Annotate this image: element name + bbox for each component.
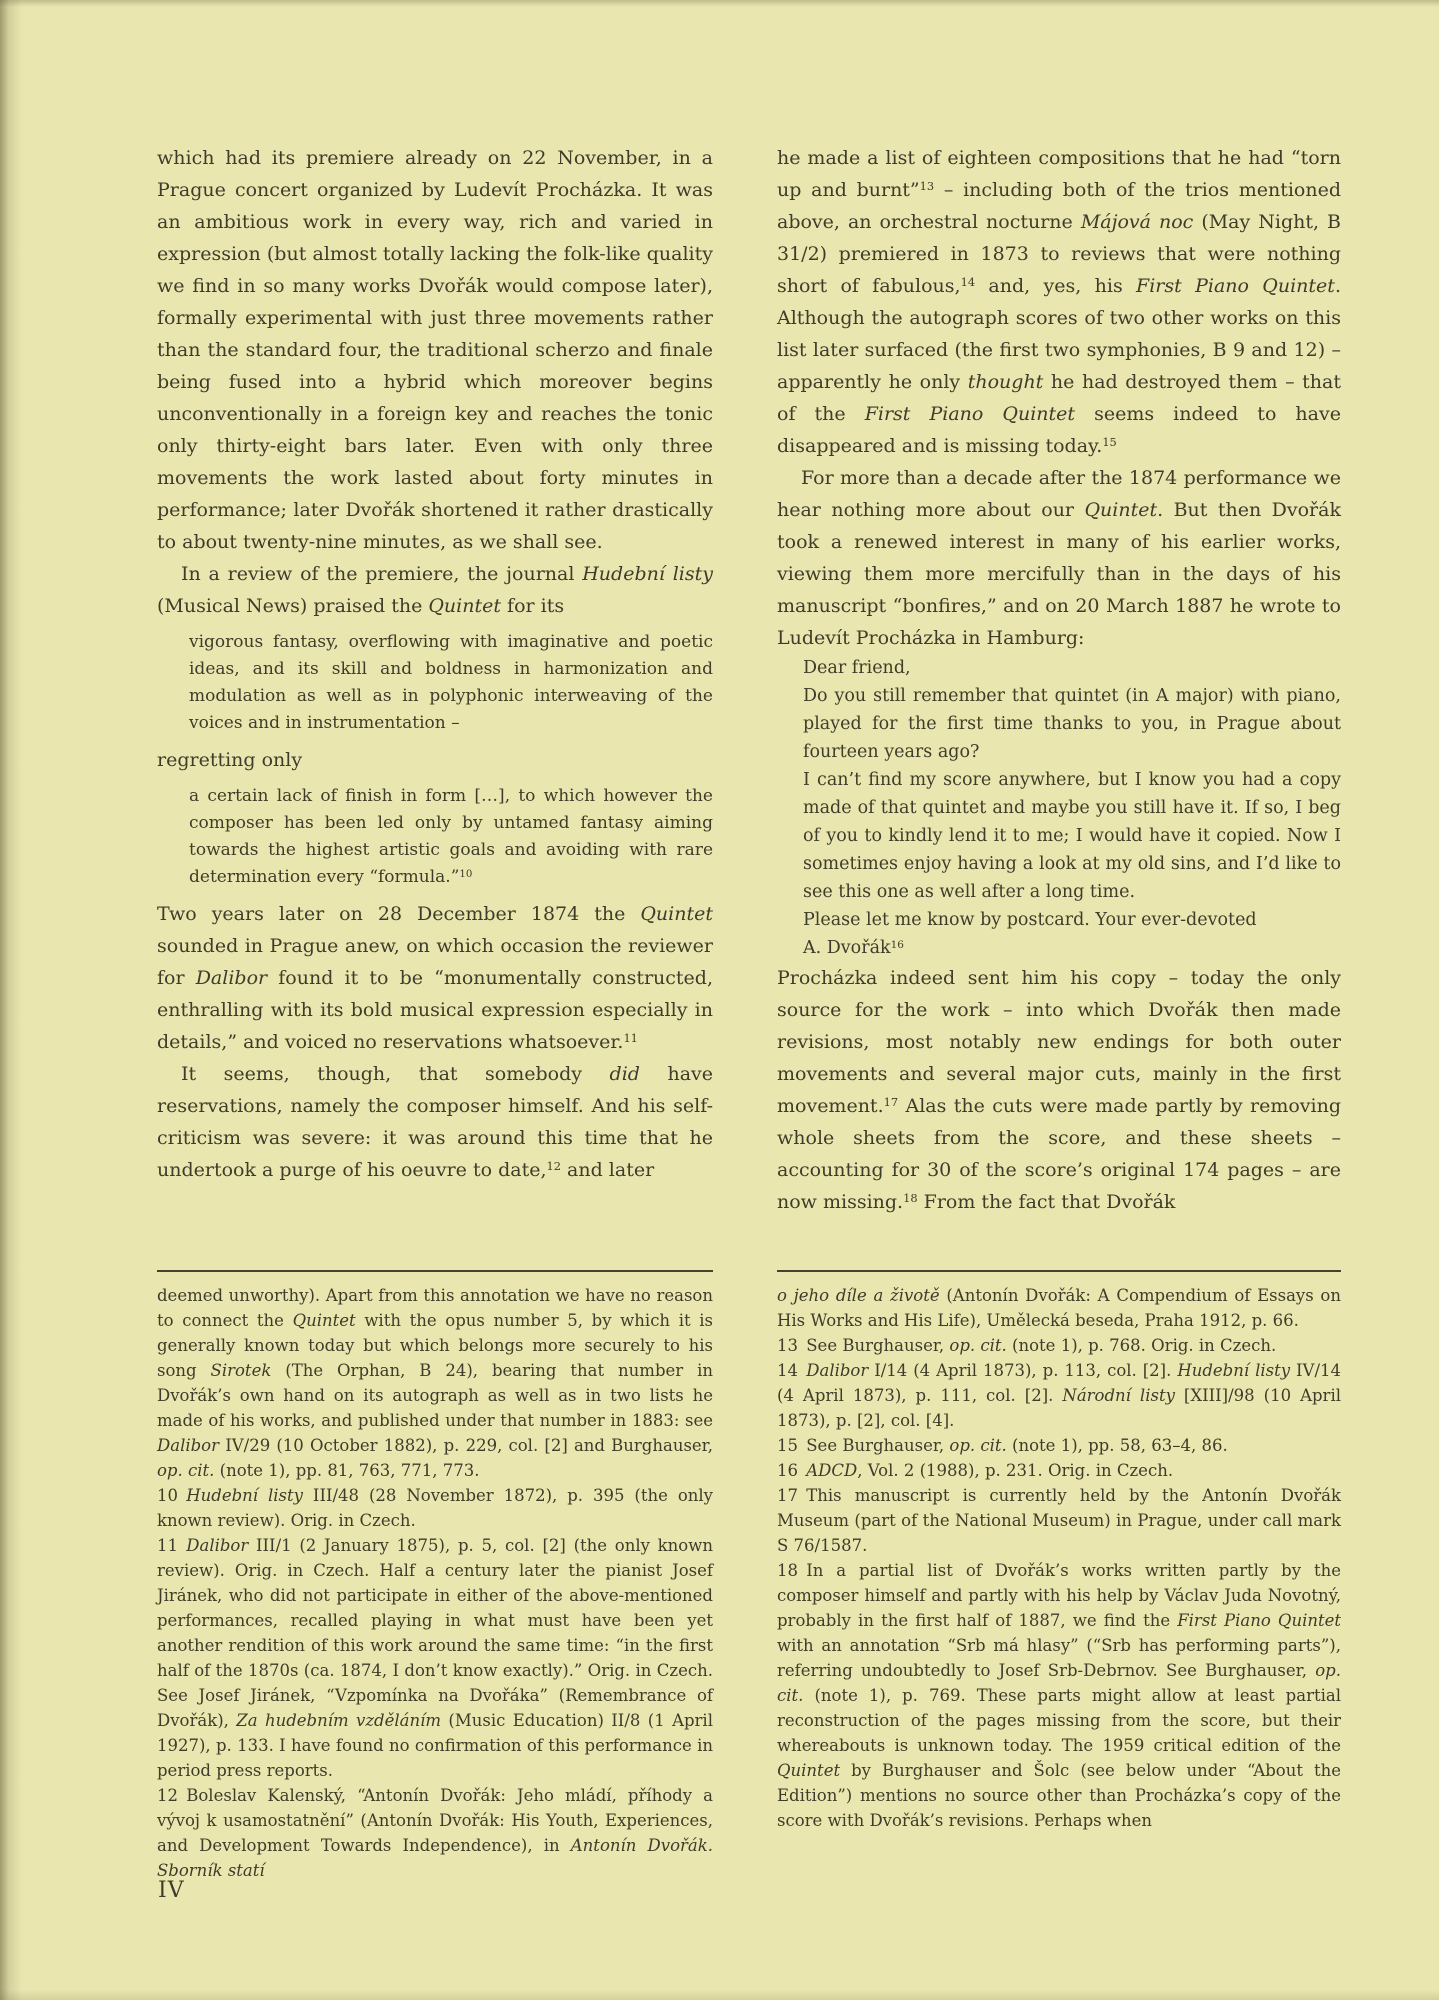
- paragraph: I can’t find my score anywhere, but I kn…: [803, 766, 1341, 906]
- right-footnotes-text: o jeho díle a životě (Antonín Dvořák: A …: [777, 1283, 1341, 1833]
- paragraph: Please let me know by postcard. Your eve…: [803, 906, 1341, 934]
- footnote-ref: 10: [459, 869, 472, 880]
- right-column: he made a list of eighteen compositions …: [777, 142, 1341, 1218]
- footnote: 16 ADCD, Vol. 2 (1988), p. 231. Orig. in…: [777, 1458, 1341, 1483]
- left-column: which had its premiere already on 22 Nov…: [157, 142, 713, 1186]
- footnote-ref: 14: [961, 275, 976, 289]
- footnote-ref: 15: [1102, 435, 1117, 449]
- paragraph: A. Dvořák16: [803, 934, 1341, 962]
- footnote: 14 Dalibor I/14 (4 April 1873), p. 113, …: [777, 1358, 1341, 1433]
- paragraph: Procházka indeed sent him his copy – tod…: [777, 962, 1341, 1218]
- footnote-ref: 17: [884, 1095, 899, 1109]
- footnote-ref: 13: [920, 179, 935, 193]
- footnote: 15 See Burghauser, op. cit. (note 1), pp…: [777, 1433, 1341, 1458]
- footnote: 13 See Burghauser, op. cit. (note 1), p.…: [777, 1333, 1341, 1358]
- footnote-ref: 12: [546, 1159, 561, 1173]
- footnote: deemed unworthy). Apart from this annota…: [157, 1283, 713, 1483]
- footnote: 11 Dalibor III/1 (2 January 1875), p. 5,…: [157, 1533, 713, 1783]
- footnote: 17 This manuscript is currently held by …: [777, 1483, 1341, 1558]
- paragraph: Do you still remember that quintet (in A…: [803, 682, 1341, 766]
- footnote-ref: 16: [891, 939, 904, 951]
- paragraph: For more than a decade after the 1874 pe…: [777, 462, 1341, 654]
- footnote: o jeho díle a životě (Antonín Dvořák: A …: [777, 1283, 1341, 1333]
- paragraph: In a review of the premiere, the journal…: [157, 558, 713, 622]
- footnote-ref: 11: [623, 1031, 638, 1045]
- paragraph: It seems, though, that somebody did have…: [157, 1058, 713, 1186]
- paragraph: a certain lack of finish in form […], to…: [189, 783, 713, 891]
- footnote-separator-left: [157, 1270, 713, 1272]
- footnote: 10 Hudební listy III/48 (28 November 187…: [157, 1483, 713, 1533]
- page-number: IV: [158, 1878, 185, 1903]
- paragraph: regretting only: [157, 744, 713, 776]
- paragraph: Dear friend,: [803, 654, 1341, 682]
- paragraph: he made a list of eighteen compositions …: [777, 142, 1341, 462]
- left-footnotes: deemed unworthy). Apart from this annota…: [157, 1270, 713, 1883]
- paragraph: which had its premiere already on 22 Nov…: [157, 142, 713, 558]
- footnote-separator-right: [777, 1270, 1341, 1272]
- paragraph: Two years later on 28 December 1874 the …: [157, 898, 713, 1058]
- right-footnotes: o jeho díle a životě (Antonín Dvořák: A …: [777, 1270, 1341, 1833]
- page: which had its premiere already on 22 Nov…: [0, 0, 1439, 2000]
- footnote-ref: 18: [903, 1191, 918, 1205]
- paragraph: vigorous fantasy, overflowing with imagi…: [189, 629, 713, 737]
- left-footnotes-text: deemed unworthy). Apart from this annota…: [157, 1283, 713, 1883]
- footnote: 18 In a partial list of Dvořák’s works w…: [777, 1558, 1341, 1833]
- footnote: 12 Boleslav Kalenský, “Antonín Dvořák: J…: [157, 1783, 713, 1883]
